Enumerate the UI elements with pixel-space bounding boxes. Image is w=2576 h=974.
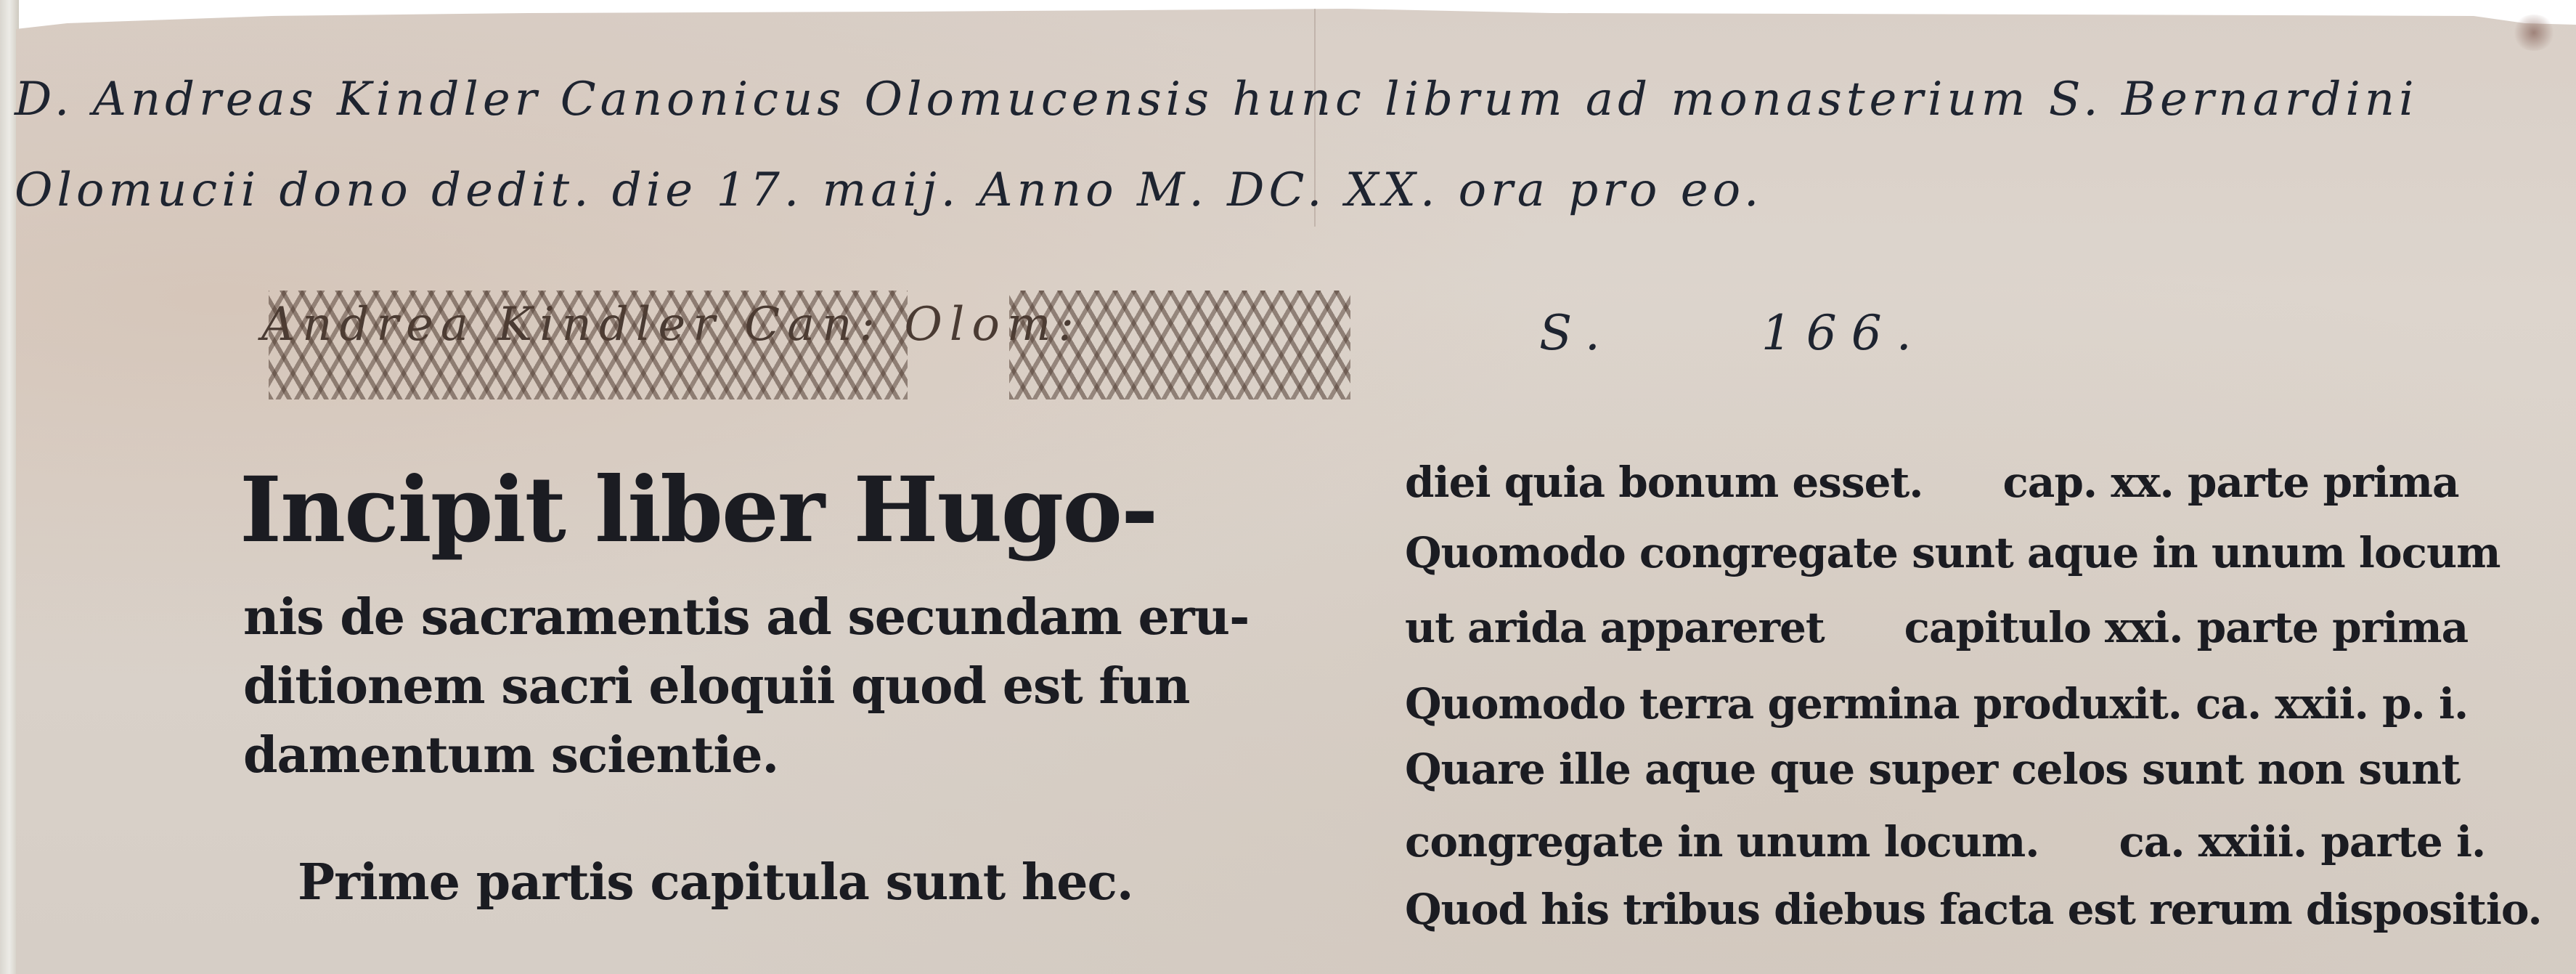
toc-entry-text: ut arida appareret [1405,603,1825,652]
handwritten-donation-line-1: D. Andreas Kindler Canonicus Olomucensis… [15,73,2418,126]
toc-entry-text: Quomodo congregate sunt aque in unum loc… [1405,528,2500,577]
toc-entry-ref: capitulo xxi. parte prima [1904,603,2469,652]
toc-entry: congregate in unum locum.ca. xxiii. part… [1405,817,2485,867]
left-column-line-1: nis de sacramentis ad secundam eru- [243,588,1249,646]
toc-entry-ref: cap. xx. parte prima [2002,458,2458,507]
scanned-page: D. Andreas Kindler Canonicus Olomucensis… [0,0,2576,974]
toc-entry-text: diei quia bonum esset. [1405,458,1923,507]
crossout-scribble-1 [269,291,908,399]
shelfmark: S. 166. [1539,305,1926,361]
shelfmark-prefix: S. [1539,305,1615,361]
section-heading: Prime partis capitula sunt hec. [298,853,1133,912]
toc-entry: Quomodo congregate sunt aque in unum loc… [1405,528,2500,577]
toc-entry: Quod his tribus diebus facta est rerum d… [1405,885,2542,934]
ink-stain [2512,15,2556,51]
toc-entry-text: Quod his tribus diebus facta est rerum d… [1405,885,2542,934]
toc-entry: ut arida appareretcapitulo xxi. parte pr… [1405,603,2468,652]
handwritten-donation-line-2: Olomucii dono dedit. die 17. maij. Anno … [15,163,1763,217]
shelfmark-number: 166. [1761,305,1926,361]
incipit-title: Incipit liber Hugo- [240,458,1157,563]
toc-entry-text: congregate in unum locum. [1405,817,2039,867]
crossout-scribble-2 [1009,291,1350,399]
toc-entry: diei quia bonum esset.cap. xx. parte pri… [1405,458,2459,507]
toc-entry: Quomodo terra germina produxit. ca. xxii… [1405,679,2468,729]
left-column-line-2: ditionem sacri eloquii quod est fun [243,657,1189,715]
toc-entry-text: Quomodo terra germina produxit. ca. xxii… [1405,679,2468,729]
toc-entry-text: Quare ille aque que super celos sunt non… [1405,744,2460,794]
toc-entry-ref: ca. xxiii. parte i. [2119,817,2485,867]
left-column-line-3: damentum scientie. [243,726,778,784]
toc-entry: Quare ille aque que super celos sunt non… [1405,744,2460,794]
